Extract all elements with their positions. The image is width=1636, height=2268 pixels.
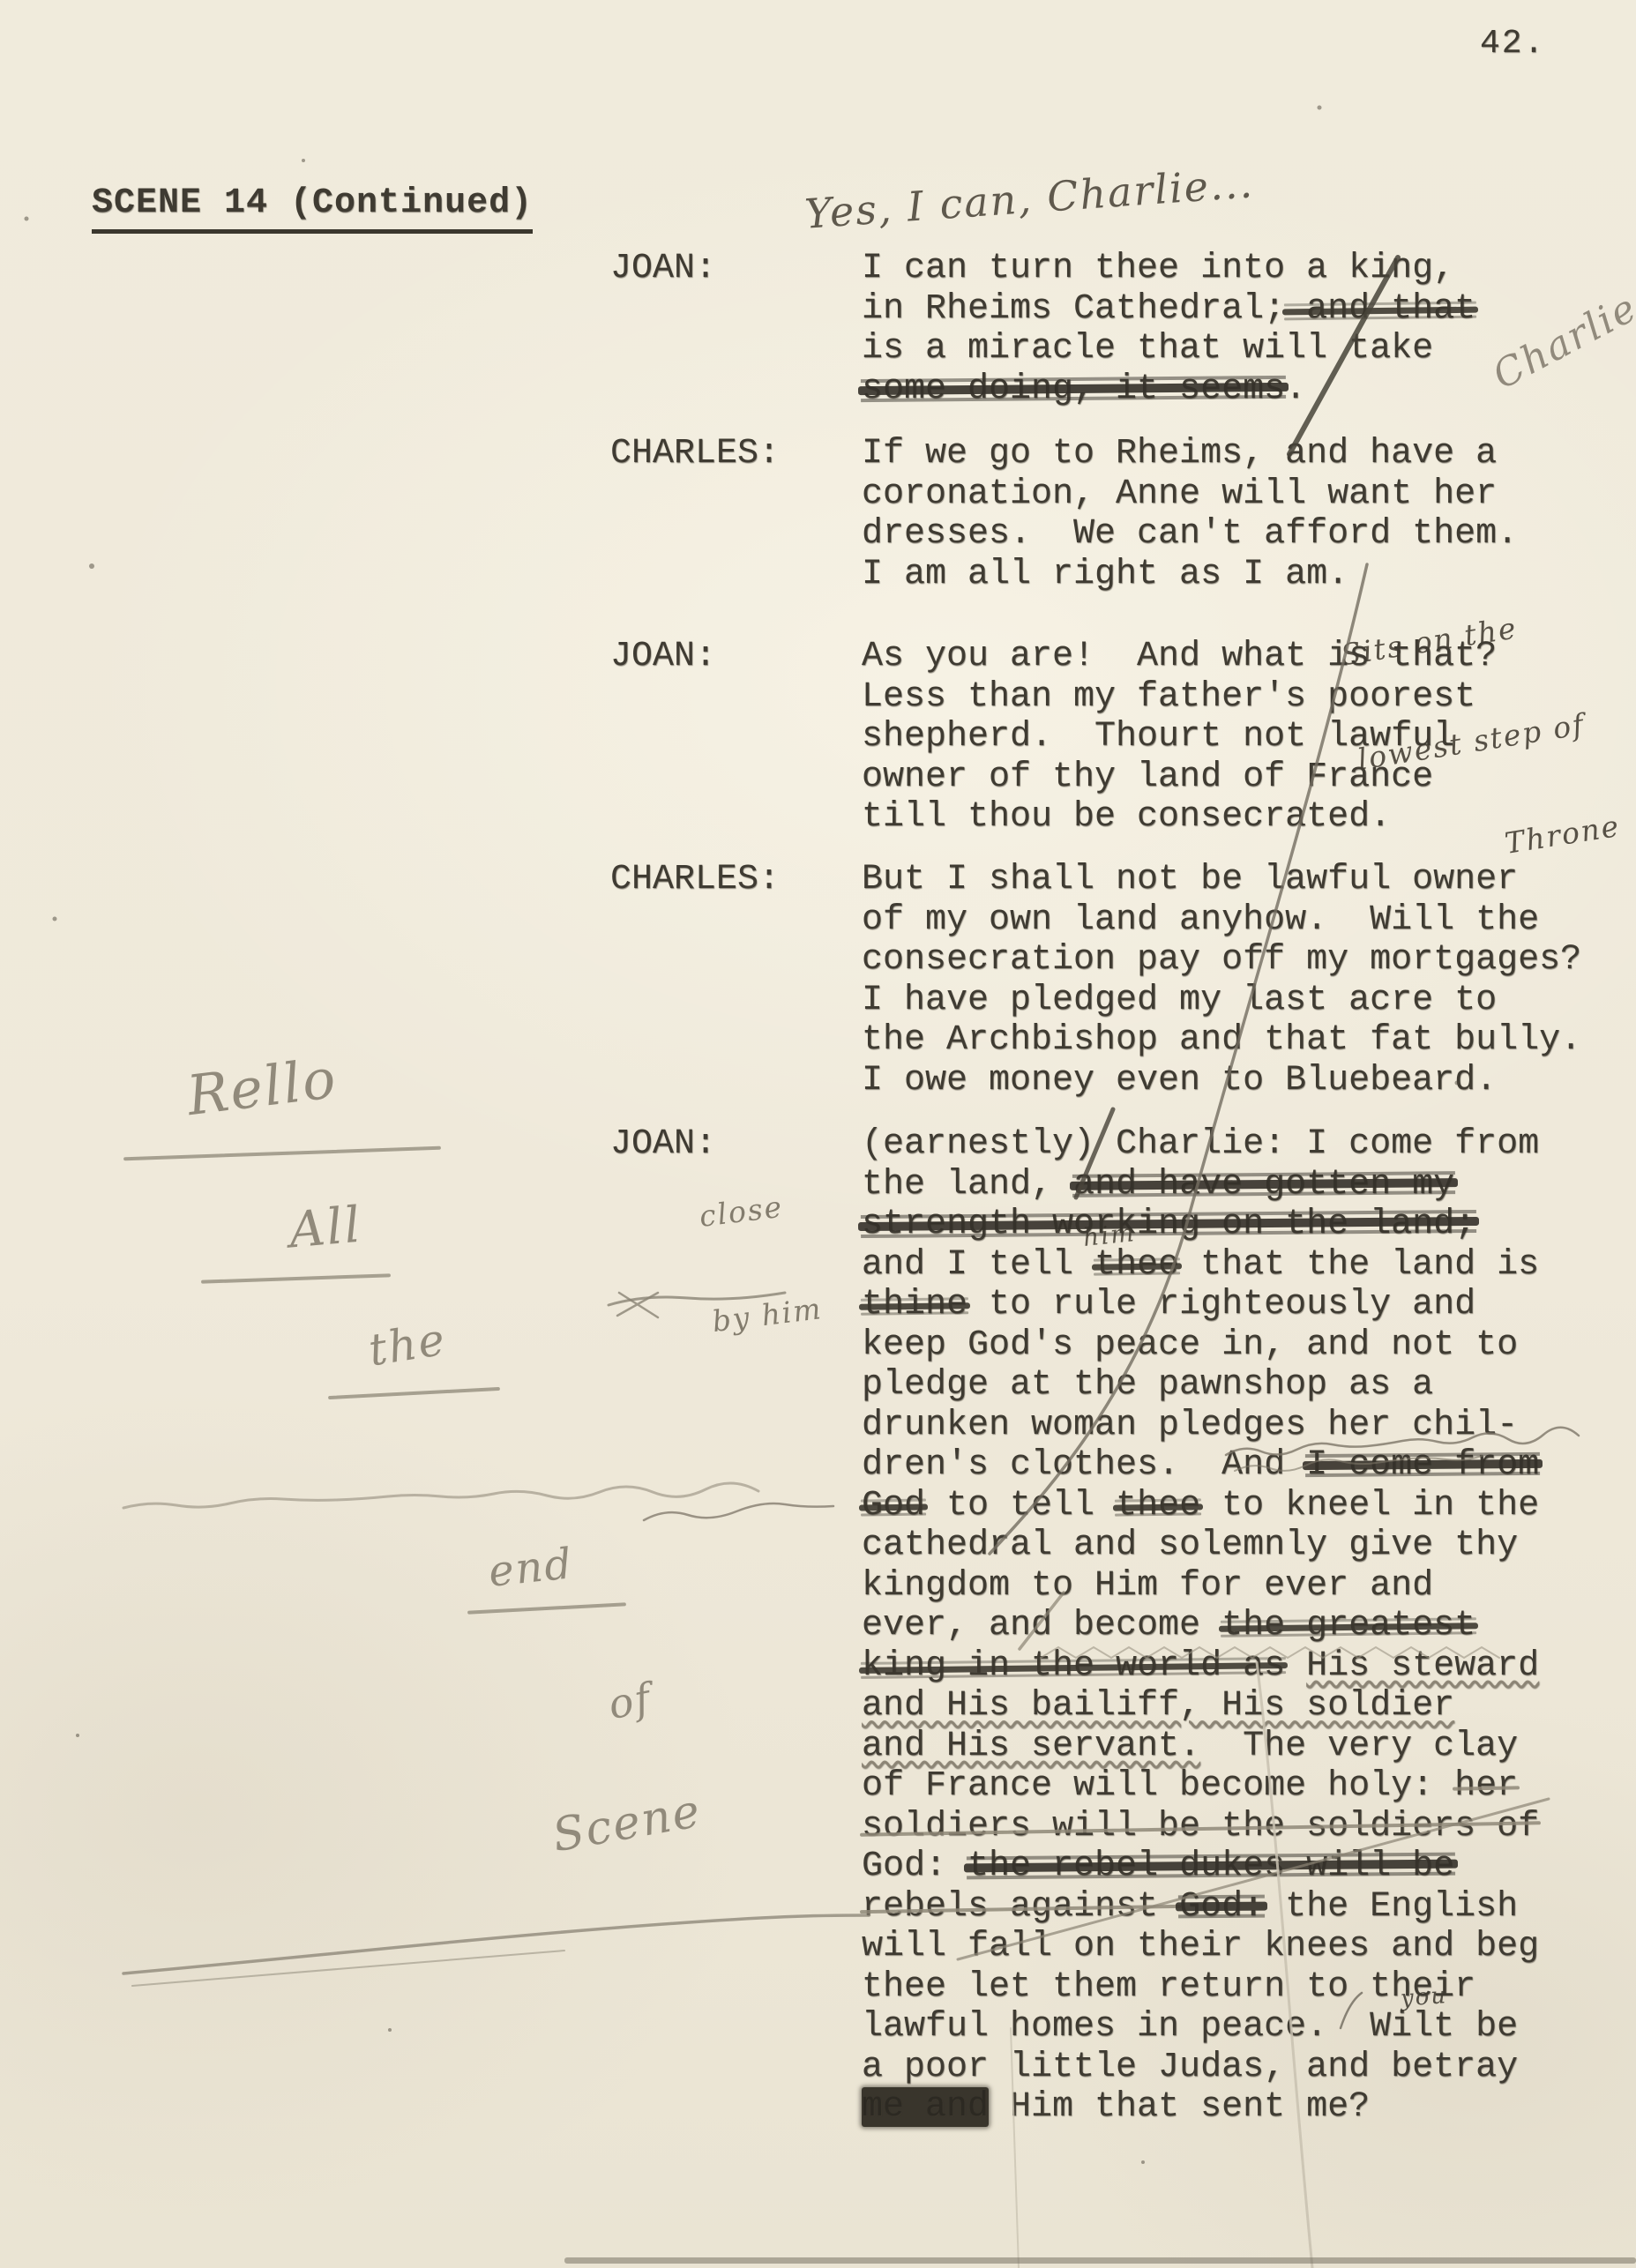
- dialogue-block-charles: CHARLES:If we go to Rheims, and have aco…: [610, 434, 1616, 594]
- speaker-label: CHARLES:: [610, 860, 780, 900]
- script-line: me and Him that sent me?: [862, 2087, 1616, 2128]
- speaker-label: CHARLES:: [610, 434, 780, 474]
- script-line: and His servant. The very clay: [862, 1727, 1616, 1767]
- script-line: a poor little Judas, and betray: [862, 2048, 1616, 2088]
- margin-note: Rello: [183, 1046, 340, 1128]
- script-line: some doing, it seems.: [862, 369, 1616, 410]
- script-line: I have pledged my last acre to: [862, 981, 1616, 1021]
- scene-heading: SCENE 14 (Continued): [92, 183, 533, 234]
- script-line: keep God's peace in, and not to: [862, 1325, 1616, 1366]
- script-line: God: the rebel dukes will be: [862, 1846, 1616, 1887]
- script-line: the land, and have gotten my: [862, 1165, 1616, 1205]
- speaker-label: JOAN:: [610, 1124, 716, 1165]
- script-line: If we go to Rheims, and have a: [862, 434, 1616, 474]
- dialogue-block-joan: JOAN:(earnestly) Charlie: I come fromthe…: [610, 1124, 1616, 2128]
- margin-note: end: [486, 1539, 575, 1597]
- script-line: dren's clothes. And I come from: [862, 1445, 1616, 1486]
- pencil-underline: [467, 1602, 626, 1614]
- script-line: I can turn thee into a king,: [862, 249, 1616, 289]
- pencil-underline: [328, 1387, 500, 1399]
- margin-note: the: [365, 1313, 450, 1376]
- script-line: the Archbishop and that fat bully.: [862, 1020, 1616, 1061]
- script-line: thine to rule righteously and: [862, 1285, 1616, 1325]
- script-line: As you are! And what is that?: [862, 637, 1616, 677]
- script-line: till thou be consecrated.: [862, 797, 1616, 838]
- script-line: strength working on the land;: [862, 1205, 1616, 1245]
- script-line: of my own land anyhow. Will the: [862, 900, 1616, 941]
- script-line: kingdom to Him for ever and: [862, 1566, 1616, 1607]
- script-line: coronation, Anne will want her: [862, 474, 1616, 515]
- script-line: I am all right as I am.: [862, 555, 1616, 595]
- dialogue-block-joan: JOAN:I can turn thee into a king,in Rhei…: [610, 249, 1616, 409]
- speaker-label: JOAN:: [610, 249, 716, 289]
- dialogue-block-charles: CHARLES:But I shall not be lawful ownero…: [610, 860, 1616, 1100]
- script-line: (earnestly) Charlie: I come from: [862, 1124, 1616, 1165]
- script-line: pledge at the pawnshop as a: [862, 1365, 1616, 1406]
- script-line: owner of thy land of France: [862, 757, 1616, 798]
- script-line: soldiers will be the soldiers of: [862, 1807, 1616, 1847]
- script-line: lawful homes in peace. Wilt be: [862, 2007, 1616, 2048]
- speaker-label: JOAN:: [610, 637, 716, 677]
- pencil-underline: [201, 1273, 391, 1284]
- script-line: cathedral and solemnly give thy: [862, 1526, 1616, 1566]
- handwritten-top-note: Yes, I can, Charlie...: [803, 159, 1256, 237]
- script-line: shepherd. Thourt not lawful: [862, 717, 1616, 757]
- script-line: and I tell thee that the land is: [862, 1245, 1616, 1286]
- script-line: king in the world as His steward: [862, 1646, 1616, 1687]
- script-line: dresses. We can't afford them.: [862, 514, 1616, 555]
- script-page: 42. SCENE 14 (Continued) Yes, I can, Cha…: [0, 0, 1636, 2268]
- page-edge-shadow: [564, 2257, 1636, 2264]
- margin-note: All: [287, 1197, 364, 1260]
- script-line: But I shall not be lawful owner: [862, 860, 1616, 900]
- pencil-underline: [123, 1146, 441, 1161]
- dialogue-block-joan: JOAN:As you are! And what is that?Less t…: [610, 637, 1616, 838]
- page-number: 42.: [1480, 25, 1545, 63]
- script-line: and His bailiff, His soldier: [862, 1686, 1616, 1727]
- script-line: drunken woman pledges her chil-: [862, 1406, 1616, 1446]
- script-line: consecration pay off my mortgages?: [862, 940, 1616, 981]
- script-line: will fall on their knees and beg: [862, 1927, 1616, 1967]
- script-line: thee let them return to their: [862, 1967, 1616, 2008]
- script-line: of France will become holy: her: [862, 1766, 1616, 1807]
- script-line: ever, and become the greatest: [862, 1606, 1616, 1646]
- script-line: in Rheims Cathedral; and that: [862, 289, 1616, 330]
- script-line: I owe money even to Bluebeard.: [862, 1061, 1616, 1101]
- script-line: God to tell thee to kneel in the: [862, 1486, 1616, 1526]
- script-line: rebels against God: the English: [862, 1887, 1616, 1928]
- script-line: is a miracle that will take: [862, 329, 1616, 369]
- script-line: Less than my father's poorest: [862, 677, 1616, 718]
